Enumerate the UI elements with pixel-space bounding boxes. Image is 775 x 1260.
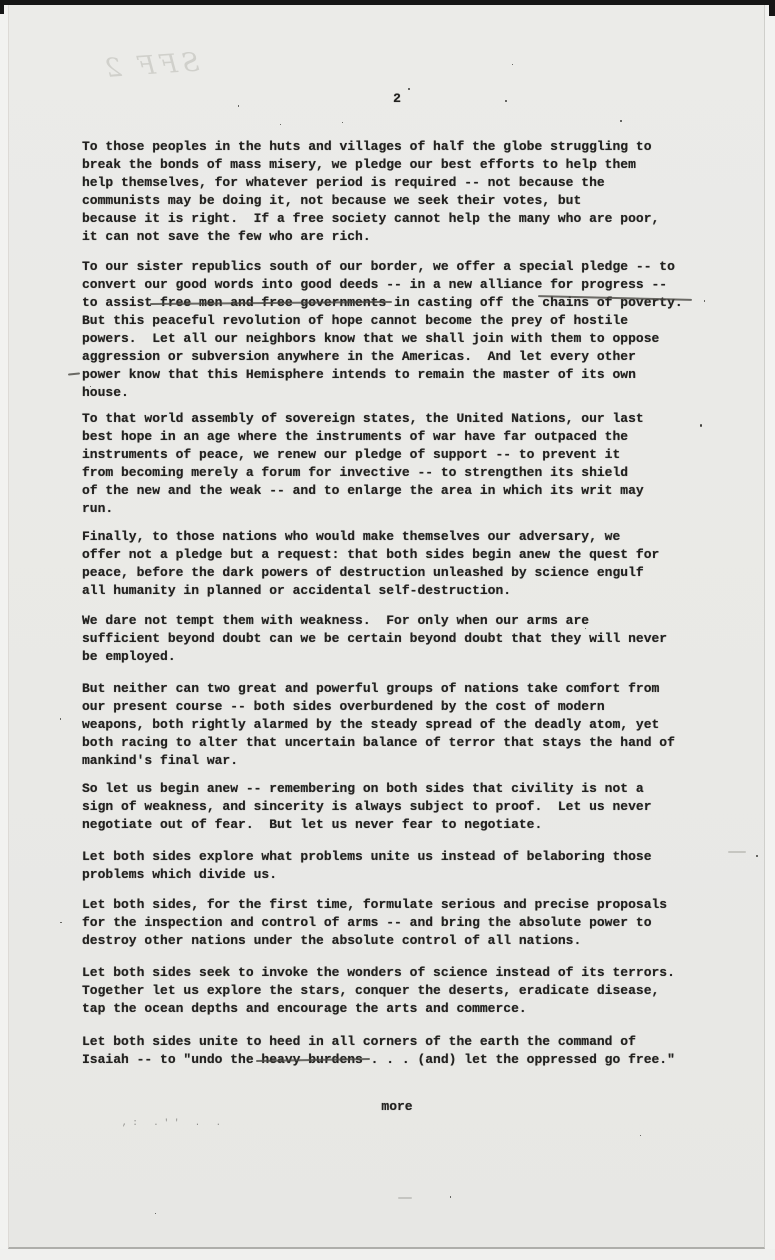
scan-speck bbox=[700, 424, 702, 427]
scan-smudge bbox=[398, 1197, 412, 1199]
scan-smudge bbox=[728, 851, 746, 853]
scan-edge-top-right bbox=[769, 0, 775, 16]
scan-speck bbox=[342, 122, 343, 123]
scanned-document-page: SFF 2 2 To those peoples in the huts and… bbox=[0, 0, 775, 1260]
scan-speck bbox=[585, 628, 586, 629]
paragraph-10: Let both sides seek to invoke the wonder… bbox=[82, 964, 712, 1018]
paragraph-11: Let both sides unite to heed in all corn… bbox=[82, 1033, 712, 1069]
paragraph-4: Finally, to those nations who would make… bbox=[82, 528, 712, 600]
continuation-marker: more bbox=[82, 1098, 712, 1116]
paragraph-8: Let both sides explore what problems uni… bbox=[82, 848, 712, 884]
page-number: 2 bbox=[82, 90, 712, 108]
scan-edge-bottom bbox=[0, 1249, 775, 1260]
pencil-dot-cluster: ,: .'' . . bbox=[122, 1118, 226, 1128]
paragraph-3: To that world assembly of sovereign stat… bbox=[82, 410, 712, 518]
scan-speck bbox=[640, 1135, 641, 1136]
scan-edge-top bbox=[0, 0, 775, 5]
scan-speck bbox=[60, 718, 61, 720]
paragraph-2: To our sister republics south of our bor… bbox=[82, 258, 712, 402]
paragraph-9: Let both sides, for the first time, form… bbox=[82, 896, 712, 950]
paragraph-5: We dare not tempt them with weakness. Fo… bbox=[82, 612, 712, 666]
scan-speck bbox=[512, 64, 513, 65]
paragraph-6: But neither can two great and powerful g… bbox=[82, 680, 712, 770]
scan-speck bbox=[155, 1213, 156, 1214]
scan-speck bbox=[704, 300, 705, 302]
paragraph-1: To those peoples in the huts and village… bbox=[82, 138, 712, 246]
scan-speck bbox=[620, 120, 622, 122]
scan-speck bbox=[408, 88, 410, 90]
paragraph-7: So let us begin anew -- remembering on b… bbox=[82, 780, 712, 834]
scan-speck bbox=[280, 124, 281, 125]
scan-speck bbox=[756, 855, 758, 857]
scan-speck bbox=[60, 922, 62, 923]
scan-speck bbox=[238, 105, 239, 107]
scan-speck bbox=[90, 386, 91, 387]
scan-speck bbox=[505, 100, 507, 102]
scan-speck bbox=[450, 1196, 451, 1198]
scan-edge-top-left bbox=[0, 0, 4, 14]
